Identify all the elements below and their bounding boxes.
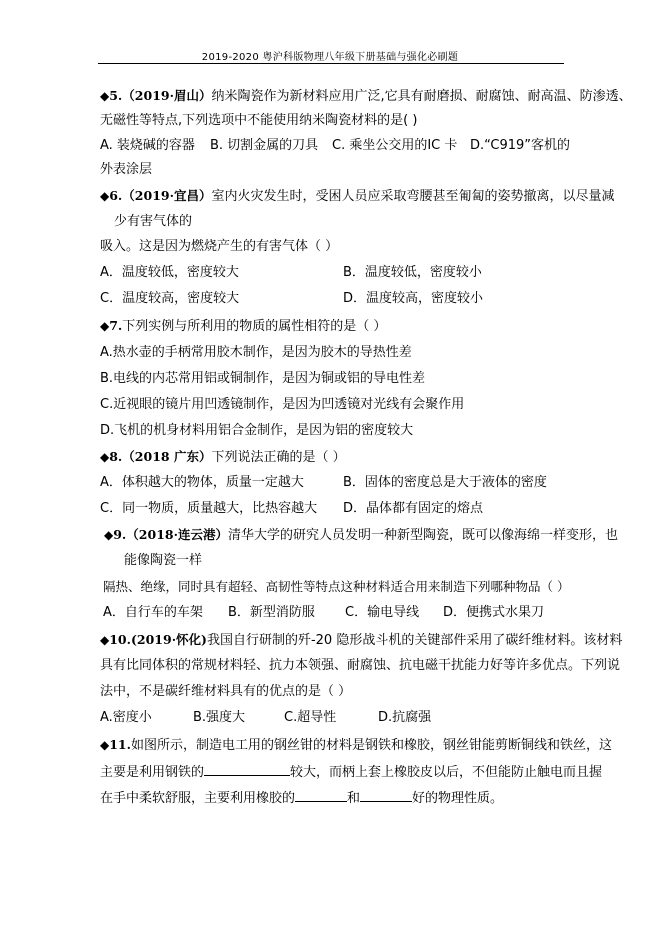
option-a: A.密度小 (100, 710, 152, 726)
question-7-line-1: ◆7.下列实例与所利用的物质的属性相符的是（ ） (100, 318, 386, 335)
diamond-bullet-icon: ◆ (100, 89, 109, 103)
question-number: 8. (109, 449, 122, 464)
question-5-line-1: ◆5.（2019·眉山）纳米陶瓷作为新材料应用广泛,它具有耐磨损、耐腐蚀、耐高温… (100, 88, 632, 105)
fill-blank-1[interactable] (204, 763, 290, 776)
question-text: 好的物理性质。 (412, 791, 503, 806)
option-d-continued: 外表涂层 (100, 162, 152, 178)
header-title: 2019-2020 粤沪科版物理八年级下册基础与强化必刷题 (80, 48, 580, 63)
question-number: 10. (109, 632, 131, 647)
diamond-bullet-icon: ◆ (100, 189, 109, 203)
question-number: 9. (113, 527, 126, 542)
diamond-bullet-icon: ◆ (100, 738, 109, 752)
option-d: D.飞机的机身材料用铝合金制作，是因为铝的密度较大 (100, 423, 413, 439)
option-d: D．温度较高，密度较小 (343, 291, 483, 307)
question-10-line-1: ◆10.(2019·怀化)我国自行研制的歼-20 隐形战斗机的关键部件采用了碳纤… (100, 632, 622, 649)
question-source: （2019·眉山） (122, 88, 211, 103)
option-a: A．体积越大的物体，质量一定越大 (100, 475, 304, 491)
question-source: （2019·宜昌） (122, 188, 211, 203)
question-text: 室内火灾发生时，受困人员应采取弯腰甚至匍匐的姿势撤离，以尽量减 (211, 189, 614, 204)
question-number: 11. (109, 737, 131, 752)
option-a: A．温度较低，密度较大 (100, 265, 239, 281)
question-source: (2019·怀化) (131, 632, 207, 647)
question-source: （2018·连云港） (126, 527, 228, 542)
option-c: C．温度较高，密度较大 (100, 291, 239, 307)
question-text: 下列说法正确的是（ ） (211, 450, 345, 465)
option-b: B.强度大 (193, 710, 245, 726)
question-9-line-1: ◆9.（2018·连云港）清华大学的研究人员发明一种新型陶瓷，既可以像海绵一样变… (104, 527, 618, 544)
fill-blank-2[interactable] (295, 789, 347, 802)
question-text: 纳米陶瓷作为新材料应用广泛,它具有耐磨损、耐腐蚀、耐高温、防渗透、 (211, 89, 631, 104)
option-d: D.“C919”客机的 (470, 138, 570, 154)
option-a: A. 装烧碱的容器 (100, 138, 195, 154)
question-text: 我国自行研制的歼-20 隐形战斗机的关键部件采用了碳纤维材料。该材料 (207, 633, 622, 648)
question-6-line-1: ◆6.（2019·宜昌）室内火灾发生时，受困人员应采取弯腰甚至匍匐的姿势撤离，以… (100, 188, 614, 205)
option-c: C.近视眼的镜片用凹透镜制作，是因为凹透镜对光线有会聚作用 (100, 397, 464, 413)
question-6-line-2: 少有害气体的 (114, 214, 192, 230)
question-text: 在手中柔软舒服，主要利用橡胶的 (100, 791, 295, 806)
question-text: 和 (347, 791, 360, 806)
question-6-line-3: 吸入。这是因为燃烧产生的有害气体（ ） (100, 239, 338, 255)
option-c: C.超导性 (284, 710, 336, 726)
question-text: 较大，而柄上套上橡胶皮以后，不但能防止触电而且握 (290, 765, 602, 780)
question-5-line-2: 无磁性等特点,下列选项中不能使用纳米陶瓷材料的是( ) (100, 113, 417, 129)
question-10-line-2: 具有比同体积的常规材料轻、抗力本领强、耐腐蚀、抗电磁干扰能力好等许多优点。下列说 (100, 658, 620, 674)
option-a: A.热水壶的手柄常用胶木制作，是因为胶木的导热性差 (100, 345, 412, 361)
option-c: C. 乘坐公交用的IC 卡 (332, 138, 457, 154)
question-11-line-2: 主要是利用钢铁的较大，而柄上套上橡胶皮以后，不但能防止触电而且握 (100, 763, 602, 781)
option-b: B.电线的内芯常用铝或铜制作，是因为铜或铝的导电性差 (100, 371, 425, 387)
option-b: B. 切割金属的刀具 (210, 138, 318, 154)
option-d: D.抗腐强 (378, 710, 431, 726)
option-d: D．便携式水果刀 (443, 605, 544, 621)
question-number: 6. (109, 188, 122, 203)
option-c: C．同一物质，质量越大，比热容越大 (100, 501, 317, 517)
question-text: 如图所示，制造电工用的钢丝钳的材料是钢铁和橡胶，钢丝钳能剪断铜线和铁丝，这 (131, 738, 612, 753)
header-divider (98, 63, 564, 64)
option-b: B．新型消防服 (228, 605, 315, 621)
option-c: C．输电导线 (345, 605, 419, 621)
option-d: D．晶体都有固定的熔点 (343, 501, 483, 517)
diamond-bullet-icon: ◆ (100, 450, 109, 464)
question-11-line-1: ◆11.如图所示，制造电工用的钢丝钳的材料是钢铁和橡胶，钢丝钳能剪断铜线和铁丝，… (100, 737, 612, 754)
option-a: A．自行车的车架 (103, 605, 203, 621)
question-number: 5. (109, 88, 122, 103)
question-text: 清华大学的研究人员发明一种新型陶瓷，既可以像海绵一样变形，也 (228, 528, 618, 543)
diamond-bullet-icon: ◆ (100, 633, 109, 647)
option-b: B．温度较低，密度较小 (343, 265, 482, 281)
question-10-line-3: 法中，不是碳纤维材料具有的优点的是（ ） (100, 684, 351, 700)
question-source: （2018 广东） (122, 449, 211, 464)
question-text: 主要是利用钢铁的 (100, 765, 204, 780)
question-9-line-2: 能像陶瓷一样 (124, 553, 202, 569)
diamond-bullet-icon: ◆ (104, 528, 113, 542)
question-9-line-3: 隔热、绝缘，同时具有超轻、高韧性等特点这种材料适合用来制造下列哪种物品（ ） (103, 579, 569, 595)
question-text: 下列实例与所利用的物质的属性相符的是（ ） (122, 319, 386, 334)
question-11-line-3: 在手中柔软舒服，主要利用橡胶的和好的物理性质。 (100, 789, 503, 807)
option-b: B．固体的密度总是大于液体的密度 (343, 475, 547, 491)
question-number: 7. (109, 318, 122, 333)
diamond-bullet-icon: ◆ (100, 319, 109, 333)
question-8-line-1: ◆8.（2018 广东）下列说法正确的是（ ） (100, 449, 346, 466)
fill-blank-3[interactable] (360, 789, 412, 802)
